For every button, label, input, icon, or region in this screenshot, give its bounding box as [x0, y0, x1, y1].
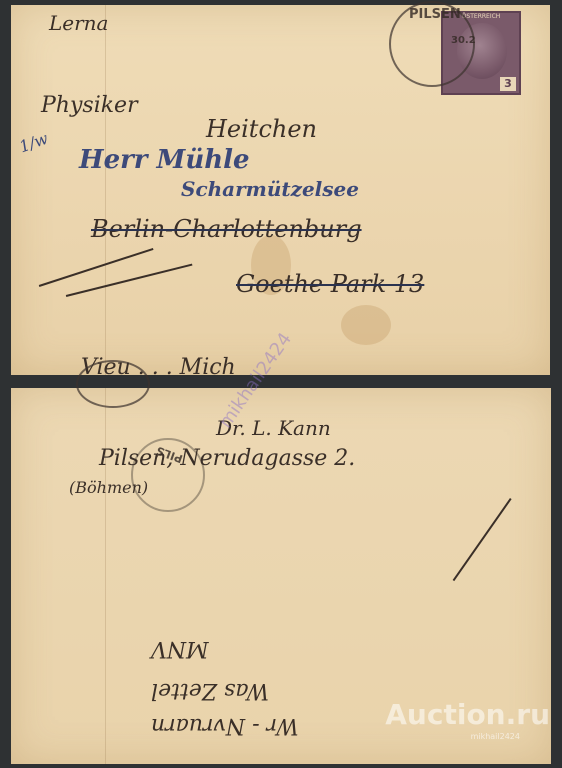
inverted-note-3: Wr - Nvruarn: [151, 713, 299, 738]
pen-stroke: [39, 248, 154, 287]
name-line: Heitchen: [206, 115, 317, 143]
city-crossed: Berlin-Charlottenburg: [91, 215, 362, 243]
auction-watermark: Auction.ru: [385, 698, 550, 731]
inverted-note-1: MNV: [151, 636, 209, 661]
envelope-front: Lerna Physiker Heitchen 1/w Herr Mühle S…: [11, 5, 550, 375]
title-line: Physiker: [41, 93, 138, 118]
inverted-note-2: Was Zettel: [151, 678, 269, 703]
postmark-circle: [76, 360, 150, 408]
stamp-value: 3: [500, 77, 516, 91]
flap-edge: [453, 498, 512, 581]
postmark-text: PILSEN: [409, 7, 461, 22]
corner-note: Lerna: [49, 11, 108, 35]
fold-line: [105, 388, 106, 764]
recipient-line: Herr Mühle: [79, 145, 250, 175]
fold-line: [105, 5, 106, 375]
prefix-note: 1/w: [17, 129, 51, 157]
street-crossed: Goethe Park 13: [236, 270, 424, 298]
sender-region: (Böhmen): [69, 478, 148, 497]
postmark-date: 30.2: [451, 35, 476, 46]
auction-watermark-sub: mikhail2424: [471, 732, 520, 741]
stain: [341, 305, 391, 345]
forward-note: Scharmützelsee: [181, 177, 359, 201]
sender-address: Pilsen, Nerudagasse 2.: [99, 446, 355, 471]
pen-stroke: [66, 264, 193, 297]
